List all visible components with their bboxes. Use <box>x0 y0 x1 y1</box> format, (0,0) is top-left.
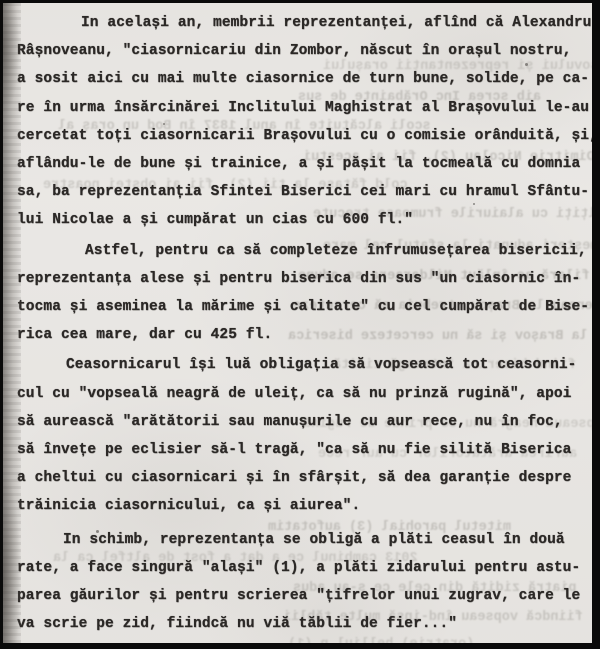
ink-speck <box>163 123 165 125</box>
text-line: lui Nicolae a și cumpărat un cias cu 600… <box>17 206 588 234</box>
text-line: cercetat toți ciasornicarii Brașovului c… <box>17 122 588 150</box>
ink-speck <box>96 530 99 533</box>
text-line: In același an, membrii reprezentanței, a… <box>17 9 588 37</box>
text-line: să aurească "arătătorii sau manușurile c… <box>17 408 588 436</box>
text-line: re în urma însărcinărei Inclitului Maghi… <box>17 94 588 122</box>
text-line: cul cu "vopseală neagră de uleiț, ca să … <box>17 380 588 408</box>
text-line: sa, ba reprezentanția Sfintei Biserici c… <box>17 178 588 206</box>
text-line: va scrie pe zid, fiindcă nu viă tăblii d… <box>17 610 588 638</box>
text-line: a cheltui cu ciasornicari și în sfârșit,… <box>17 464 588 492</box>
text-line: rica cea mare, dar cu 425 fl. <box>17 321 588 349</box>
typewritten-text-block: In același an, membrii reprezentanței, a… <box>17 9 588 638</box>
text-line: aflându-le de bune și trainice, a și păș… <box>17 150 588 178</box>
text-line: trăinicia ciasornicului, ca și aiurea". <box>17 492 588 520</box>
text-line: parea găurilor și pentru scrierea "țifre… <box>17 582 588 610</box>
text-line: a sosit aici cu mai multe ciasornice de … <box>17 65 588 93</box>
scanned-document-page: șovului și reprezentanții orașului aib s… <box>3 3 592 643</box>
text-line: Astfel, pentru ca să completeze înfrumus… <box>17 237 588 265</box>
text-line: tocma și aseminea la mărime și calitate"… <box>17 293 588 321</box>
text-line: rate, a face singură "alași" (1), a plăt… <box>17 554 588 582</box>
text-line: să învețe pe eclisier să-l tragă, "ca să… <box>17 436 588 464</box>
scan-shadow-blob <box>3 423 33 643</box>
page-frame: șovului și reprezentanții orașului aib s… <box>0 0 600 649</box>
ink-speck <box>473 203 475 205</box>
text-line: Ceasornicarul își luă obligația să vopse… <box>17 351 588 379</box>
text-line: Râșnoveanu, "ciasornicariu din Zombor, n… <box>17 37 588 65</box>
scan-shadow-blob <box>3 3 29 153</box>
text-line: In schimb, reprezentanța se obligă a plă… <box>17 526 588 554</box>
ink-speck <box>525 63 528 66</box>
text-line: reprezentanța alese și pentru biserica d… <box>17 265 588 293</box>
ink-speck <box>227 253 229 255</box>
